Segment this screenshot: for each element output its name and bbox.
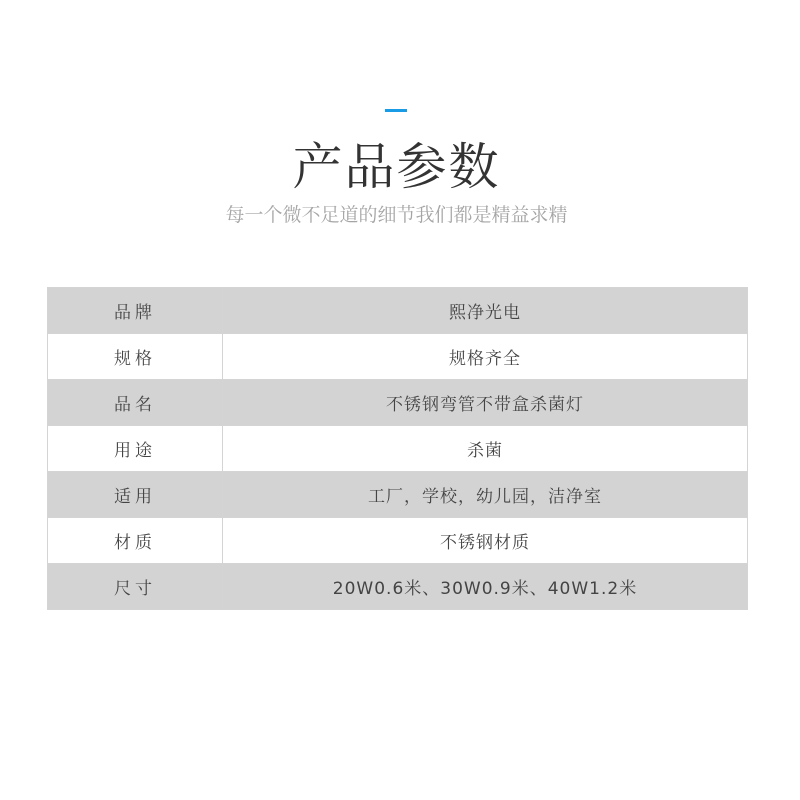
spec-value-size: 20W0.6米、30W0.9米、40W1.2米 (223, 564, 748, 610)
product-spec-table: 品牌 熙净光电 规格 规格齐全 品名 不锈钢弯管不带盒杀菌灯 用途 杀菌 适用 … (47, 287, 748, 610)
page-subtitle: 每一个微不足道的细节我们都是精益求精 (0, 202, 793, 228)
table-row: 材质 不锈钢材质 (48, 518, 748, 564)
spec-label-applicable: 适用 (48, 472, 223, 518)
table-row: 用途 杀菌 (48, 426, 748, 472)
spec-value-usage: 杀菌 (223, 426, 748, 472)
title-accent-bar (385, 109, 407, 112)
spec-label-specification: 规格 (48, 334, 223, 380)
spec-value-specification: 规格齐全 (223, 334, 748, 380)
spec-value-material: 不锈钢材质 (223, 518, 748, 564)
spec-label-product-name: 品名 (48, 380, 223, 426)
table-row: 规格 规格齐全 (48, 334, 748, 380)
spec-label-material: 材质 (48, 518, 223, 564)
spec-value-brand: 熙净光电 (223, 288, 748, 334)
spec-label-brand: 品牌 (48, 288, 223, 334)
spec-value-applicable: 工厂，学校，幼儿园，洁净室 (223, 472, 748, 518)
spec-label-size: 尺寸 (48, 564, 223, 610)
table-row: 适用 工厂，学校，幼儿园，洁净室 (48, 472, 748, 518)
table-row: 尺寸 20W0.6米、30W0.9米、40W1.2米 (48, 564, 748, 610)
table-row: 品名 不锈钢弯管不带盒杀菌灯 (48, 380, 748, 426)
spec-value-product-name: 不锈钢弯管不带盒杀菌灯 (223, 380, 748, 426)
table-row: 品牌 熙净光电 (48, 288, 748, 334)
spec-label-usage: 用途 (48, 426, 223, 472)
page-title: 产品参数 (0, 132, 793, 202)
